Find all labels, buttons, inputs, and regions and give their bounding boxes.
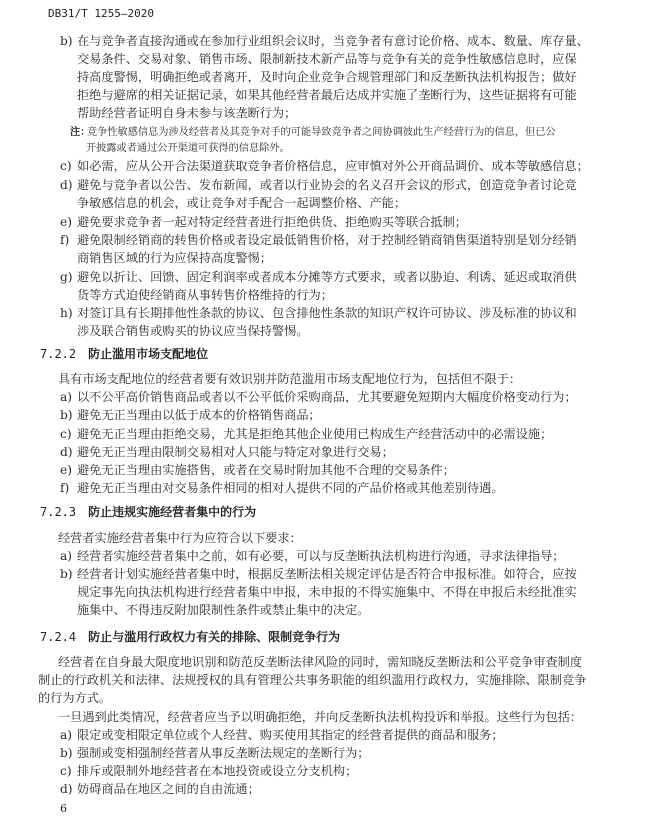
list-item-line: 规定事先向执法机构进行经营者集中申报，未申报的不得实施集中、不得在申报后未经批准… [77,585,577,600]
list-marker: b) [60,567,73,582]
list-marker: c) [60,159,72,174]
list-item-text: 以不公平高价销售商品或者以不公平低价采购商品，尤其要避免短期内大幅度价格变动行为… [77,390,577,405]
list-marker: d) [60,445,73,460]
list-item-text: 排斥或限制外地经营者在本地投资或设立分支机构； [77,764,357,779]
list-item-text: 限定或变相限定单位或个人经营、购买使用其指定的经营者提供的商品和服务； [77,728,504,743]
list-item-line: 帮助经营者证明自身未参与该垄断行为； [77,106,296,121]
list-item-text: 妨碍商品在地区之间的自由流通； [77,782,260,797]
list-item-line: 争敏感信息的机会，或让竞争对手配合一起调整价格、产能； [77,196,406,211]
section-number: 7.2.4 [40,630,76,644]
section-number: 7.2.3 [40,505,76,519]
document-id-header: DB31/T 1255—2020 [48,7,154,20]
list-item-text: 避免无正当理由实施搭售，或者在交易时附加其他不合理的交易条件； [77,463,455,478]
section-heading-7-2-4: 7.2.4防止与滥用行政权力有关的排除、限制竞争行为 [40,628,340,645]
section-title: 防止滥用市场支配地位 [88,347,208,361]
paragraph-line: 制止的行政机关和法律、法规授权的具有管理公共事务职能的组织滥用行政权力，实施排除… [38,673,586,688]
list-item-line: 对签订具有长期排他性条款的协议、包含排他性条款的知识产权许可协议、涉及标准的协议… [77,306,577,321]
paragraph-line: 经营者在自身最大限度地识别和防范反垄断法律风险的同时，需知晓反垄断法和公平竞争审… [58,655,582,670]
list-item-line: 避免要求竞争者一起对特定经营者进行拒绝供货、拒绝购买等联合抵制； [77,215,467,230]
section-title: 防止违规实施经营者集中的行为 [88,505,256,519]
list-marker: d) [60,178,73,193]
note-line: 竞争性敏感信息为涉及经营者及其竞争对手的可能导致竞争者之间协调彼此生产经营行为的… [87,125,556,140]
list-item-line: 如必需，应从公开合法渠道获取竞争者价格信息，应审慎对外公开商品调价、成本等敏感信… [77,159,589,174]
list-item-line: 拒绝与避席的相关证据记录，如果其他经营者最后达成并实施了垄断行为，这些证据将有可… [77,88,577,103]
list-item-line: 施集中、不得违反附加限制性条件或禁止集中的决定。 [77,603,370,618]
list-marker: f) [60,233,69,248]
section-number: 7.2.2 [40,347,76,361]
section-title: 防止与滥用行政权力有关的排除、限制竞争行为 [88,630,340,644]
list-item-line: 持高度警惕，明确拒绝或者离开，及时向企业竞争合规管理部门和反垄断执法机构报告；做… [77,70,577,85]
list-marker: g) [60,270,73,285]
list-marker: c) [60,764,72,779]
list-item-line: 在与竞争者直接沟通或在参加行业组织会议时，当竞争者有意讨论价格、成本、数量、库存… [77,34,589,49]
list-item-line: 货等方式迫使经销商从事转售价格维持的行为； [77,288,333,303]
list-item-line: 商销售区域的行为应保持高度警惕； [77,251,272,266]
paragraph-line: 的行为方式。 [38,691,111,706]
list-item-text: 强制或变相强制经营者从事反垄断法规定的垄断行为； [77,746,370,761]
list-item-text: 避免无正当理由以低于成本的价格销售商品； [77,408,321,423]
page-number: 6 [60,802,67,815]
list-item-line: 经营者计划实施经营者集中时，根据反垄断法相关规定评估是否符合申报标准。如符合，应… [77,567,577,582]
list-item-text: 避免无正当理由限制交易相对人只能与特定对象进行交易； [77,445,394,460]
list-marker: b) [60,408,73,423]
section-intro: 具有市场支配地位的经营者要有效识别并防范滥用市场支配地位行为，包括但不限于： [58,372,521,387]
list-marker: b) [60,34,73,49]
section-heading-7-2-3: 7.2.3防止违规实施经营者集中的行为 [40,503,256,520]
list-marker: c) [60,427,72,442]
section-intro: 经营者实施经营者集中行为应符合以下要求： [58,531,302,546]
list-marker: a) [60,728,72,743]
list-marker: a) [60,390,72,405]
list-item-line: 避免限制经销商的转售价格或者设定最低销售价格，对于控制经销商销售渠道特别是划分经… [77,233,577,248]
list-item-text: 避免无正当理由拒绝交易，尤其是拒绝其他企业使用已构成生产经营活动中的必需设施； [77,427,552,442]
list-marker: d) [60,782,73,797]
list-marker: b) [60,746,73,761]
list-marker: a) [60,549,72,564]
list-item-line: 交易条件、交易对象、销售市场、限制新技术新产品等与竞争有关的竞争性敏感信息时，应… [77,52,577,67]
section-heading-7-2-2: 7.2.2防止滥用市场支配地位 [40,345,208,362]
note-line: 开披露或者通过公开渠道可获得的信息除外。 [86,141,290,156]
list-item-line: 避免与竞争者以公告、发布新闻，或者以行业协会的名义召开会议的形式，创造竞争者讨论… [77,178,577,193]
list-marker: e) [60,463,72,478]
list-item-line: 涉及联合销售或购买的协议应当保持警惕。 [77,324,309,339]
list-item-line: 避免以折让、回馈、固定利润率或者成本分摊等方式要求，或者以胁迫、利诱、延迟或取消… [77,270,577,285]
list-marker: e) [60,215,72,230]
list-marker: h) [60,306,73,321]
list-marker: f) [60,481,69,496]
paragraph-line: 一旦遇到此类情况，经营者应当予以明确拒绝，并向反垄断执法机构投诉和举报。这些行为… [58,710,582,725]
list-item-line: 经营者实施经营者集中之前，如有必要，可以与反垄断执法机构进行沟通，寻求法律指导； [77,549,565,564]
list-item-text: 避免无正当理由对交易条件相同的相对人提供不同的产品价格或其他差别待遇。 [77,481,504,496]
